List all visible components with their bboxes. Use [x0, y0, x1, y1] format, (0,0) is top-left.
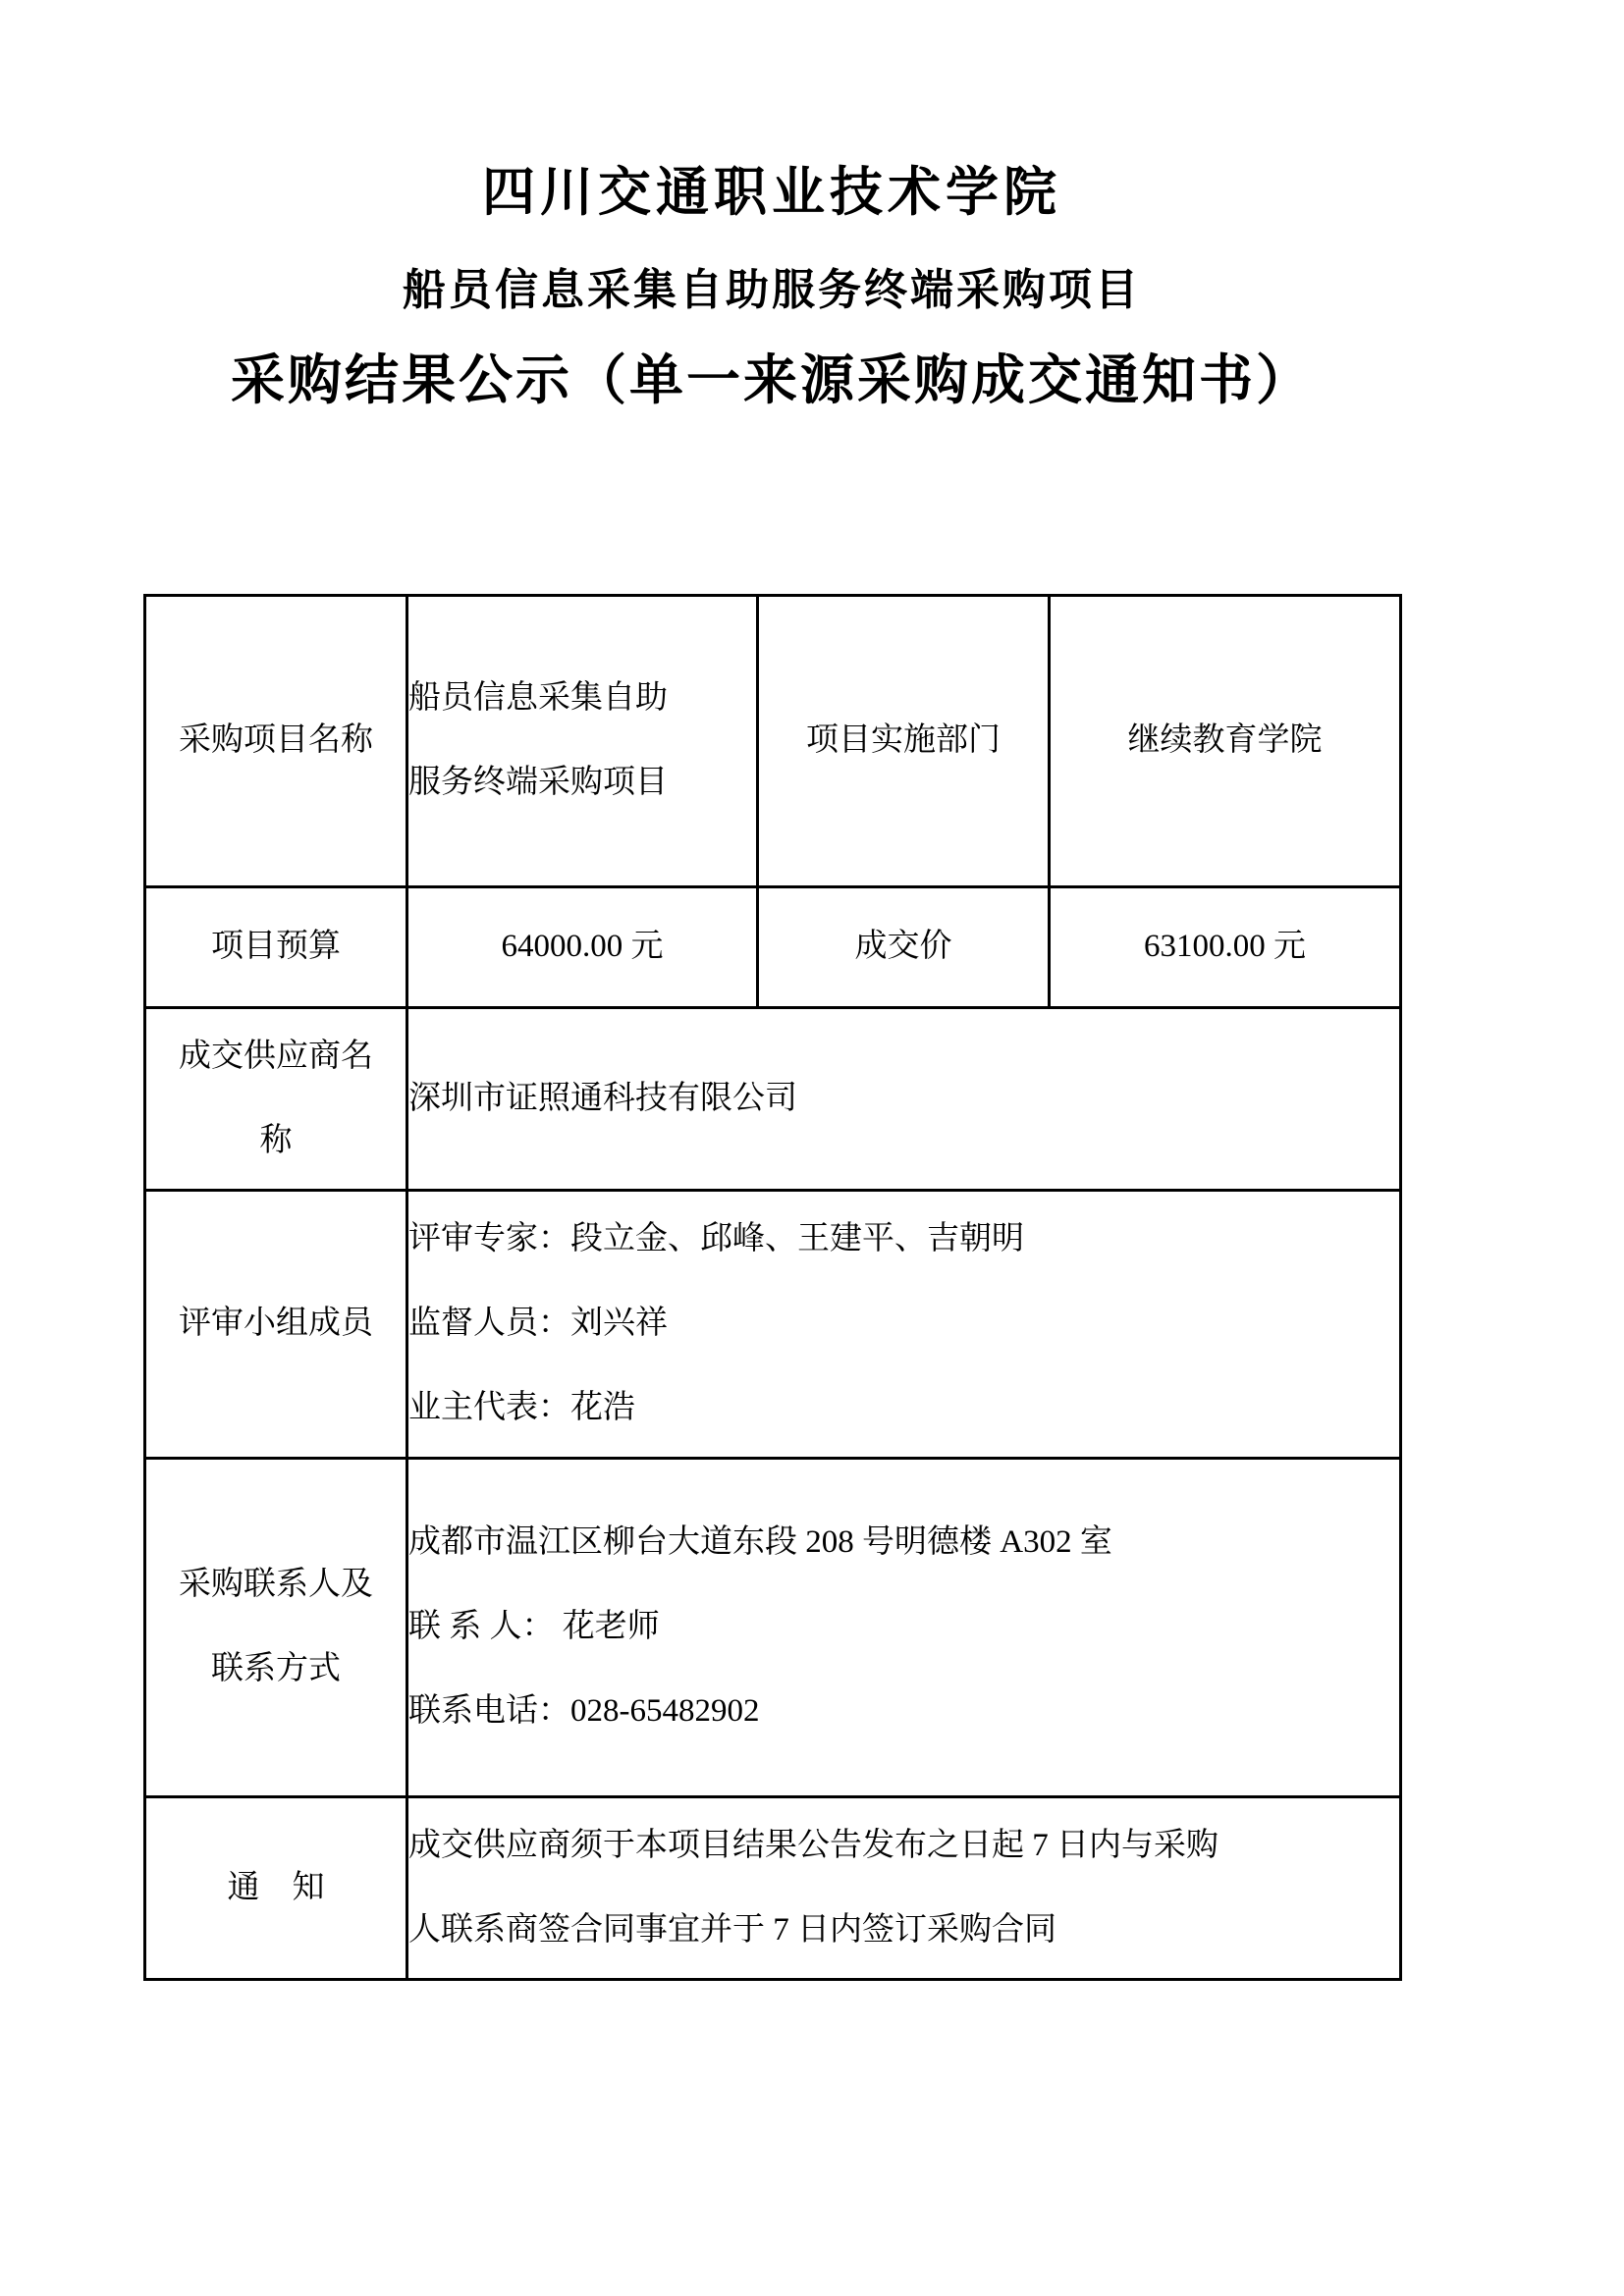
review-panel-value: 评审专家：段立金、邱峰、王建平、吉朝明 监督人员：刘兴祥 业主代表：花浩	[407, 1191, 1401, 1458]
notice-label: 通 知	[145, 1796, 407, 1980]
deal-price-value: 63100.00 元	[1050, 886, 1401, 1007]
page-subtitle-project: 船员信息采集自助服务终端采购项目	[143, 254, 1400, 317]
implementing-department-label: 项目实施部门	[758, 595, 1050, 886]
page-subtitle-result: 采购结果公示（单一来源采购成交通知书）	[143, 337, 1400, 414]
contact-label: 采购联系人及 联系方式	[145, 1458, 407, 1796]
table-row-supplier: 成交供应商名 称 深圳市证照通科技有限公司	[145, 1007, 1401, 1191]
project-budget-label: 项目预算	[145, 886, 407, 1007]
project-name-value: 船员信息采集自助 服务终端采购项目	[407, 595, 758, 886]
table-row-project-name: 采购项目名称 船员信息采集自助 服务终端采购项目 项目实施部门 继续教育学院	[145, 595, 1401, 886]
table-row-review-panel: 评审小组成员 评审专家：段立金、邱峰、王建平、吉朝明 监督人员：刘兴祥 业主代表…	[145, 1191, 1401, 1458]
project-budget-value: 64000.00 元	[407, 886, 758, 1007]
document-content: 四川交通职业技术学院 船员信息采集自助服务终端采购项目 采购结果公示（单一来源采…	[143, 0, 1400, 1981]
supplier-name-label: 成交供应商名 称	[145, 1007, 407, 1191]
document-page: 四川交通职业技术学院 船员信息采集自助服务终端采购项目 采购结果公示（单一来源采…	[0, 0, 1624, 2296]
table-row-notice: 通 知 成交供应商须于本项目结果公告发布之日起 7 日内与采购 人联系商签合同事…	[145, 1796, 1401, 1980]
notice-value: 成交供应商须于本项目结果公告发布之日起 7 日内与采购 人联系商签合同事宜并于 …	[407, 1796, 1401, 1980]
procurement-result-table: 采购项目名称 船员信息采集自助 服务终端采购项目 项目实施部门 继续教育学院 项…	[143, 594, 1402, 1982]
review-panel-label: 评审小组成员	[145, 1191, 407, 1458]
project-name-label: 采购项目名称	[145, 595, 407, 886]
page-title: 四川交通职业技术学院	[143, 157, 1400, 229]
deal-price-label: 成交价	[758, 886, 1050, 1007]
supplier-name-value: 深圳市证照通科技有限公司	[407, 1007, 1401, 1191]
table-row-budget: 项目预算 64000.00 元 成交价 63100.00 元	[145, 886, 1401, 1007]
implementing-department-value: 继续教育学院	[1050, 595, 1401, 886]
contact-value: 成都市温江区柳台大道东段 208 号明德楼 A302 室 联 系 人： 花老师 …	[407, 1458, 1401, 1796]
table-row-contact: 采购联系人及 联系方式 成都市温江区柳台大道东段 208 号明德楼 A302 室…	[145, 1458, 1401, 1796]
